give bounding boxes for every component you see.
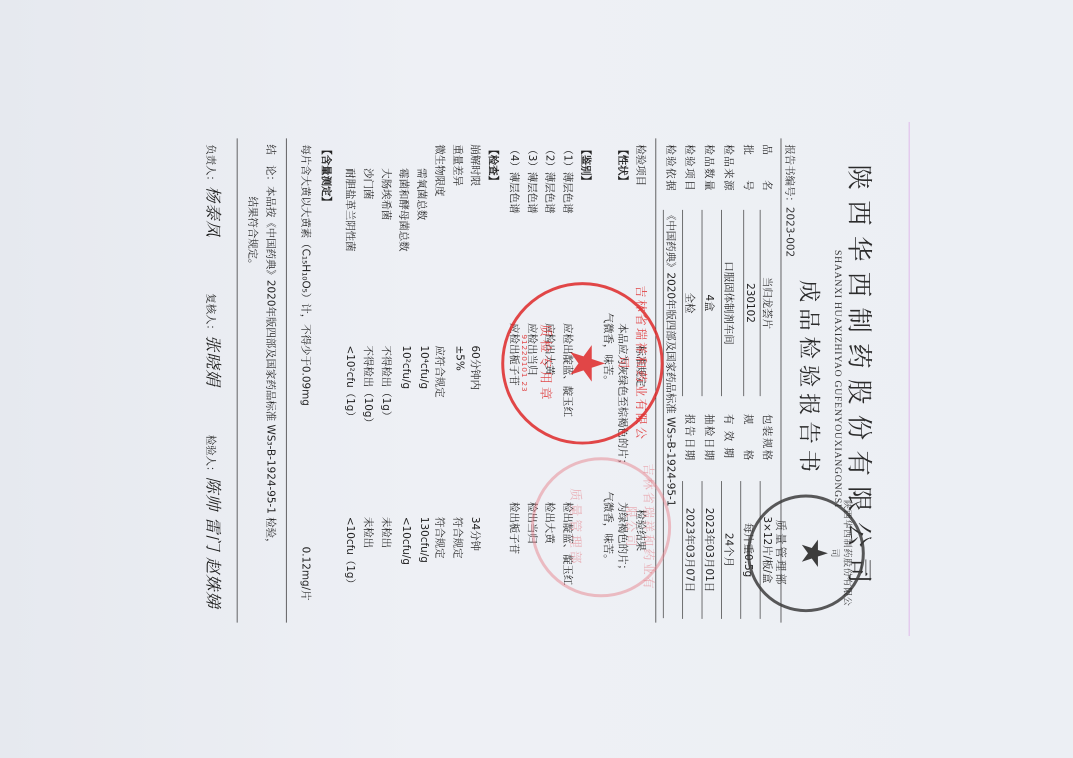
gray-stamp-star-icon: ★ (796, 497, 832, 609)
inspection-standard: 应符合规定 (432, 345, 447, 397)
info-row-quantity: 检品数量 4盒 抽检日期 2023年03月01日 (699, 138, 717, 622)
inspection-standard: 不得检出（1g） (379, 345, 394, 421)
inspection-result: 未检出 (379, 517, 394, 548)
conclusion-label: 结 论： (264, 144, 276, 186)
identification-item: （3）薄层色谱 (525, 144, 540, 213)
faint-stamp-ring-text: 吉林省瑞祥和药业有限公司 (623, 460, 657, 594)
basis-value: 《中国药典》2020年版四部及国家药品标准 WS₃-B-1924-95-1 (662, 210, 678, 618)
inspection-report-page: 陕西华西制药股份有限公司 SHAANXI HUAXIZHIYAO GUFENYO… (164, 122, 909, 636)
inspection-standard: 10²cfu/g (399, 345, 411, 389)
source-label: 检品来源 (721, 144, 736, 207)
section-character: 【性状】 (615, 144, 630, 186)
gray-stamp-bottom-text: 质量管理部 (773, 497, 789, 609)
inspection-item: 霉菌和酵母菌总数 (396, 168, 411, 251)
batch-label: 批 号 (741, 144, 756, 207)
reviewer-signature: 张晓娟 (203, 335, 222, 386)
inspection-item: 微生物限度 (432, 144, 447, 196)
section-identification: 【鉴别】 (578, 144, 593, 186)
inspection-item: 耐胆盐革兰阴性菌 (343, 168, 358, 251)
identification-item: （1）薄层色谱 (560, 144, 575, 213)
inspection-item: 需氧菌总数 (414, 168, 429, 220)
items-label: 检验项目 (683, 144, 698, 207)
conclusion-text-2: 结果符合规定。 (243, 144, 261, 548)
identification-item: （2）薄层色谱 (542, 144, 557, 213)
inspector-label: 检验人： (204, 435, 216, 477)
inspection-item: 沙门菌 (361, 168, 376, 199)
gray-company-stamp: 陕西华西制药股份有限公司 ★ 质量管理部 (747, 494, 865, 612)
package-label: 包装规格 (760, 414, 775, 481)
inspection-result: 34分钟 (468, 517, 483, 551)
inspection-standard: 不得检出（10g） (361, 345, 376, 427)
product-name-value: 当归龙荟片 (759, 210, 775, 396)
faint-red-stamp: 吉林省瑞祥和药业有限公司 质量管理部 (531, 457, 671, 597)
identification-result: 检出栀子苷 (507, 502, 522, 554)
inspection-result: <10cfu/g (399, 517, 411, 565)
section-assay: 【含量测定】 (319, 144, 334, 207)
report-date-label: 报告日期 (683, 414, 698, 481)
inspector: 检验人：陈帅 雷门 赵姝娣 (202, 435, 225, 609)
report-number-value: 2023-002 (783, 207, 795, 257)
sampling-date-label: 抽检日期 (702, 414, 717, 481)
spec-label: 规 格 (741, 414, 756, 481)
faint-stamp-bottom-text: 质量管理部 (567, 460, 586, 594)
validity-value: 24个月 (721, 481, 737, 619)
stamp-code: 91220101 23 (519, 285, 527, 441)
inspection-result: <10cfu（1g） (343, 517, 358, 589)
inspection-standard: 60分钟内 (468, 345, 483, 390)
info-row-source: 检品来源 口服固体制剂车间 有 效 期 24个月 (718, 138, 736, 622)
conclusion-text-1: 本品按《中国药典》2020年版四部及国家药品标准 WS₃-B-1924-95-1… (264, 186, 276, 548)
scan-artifact-line (908, 122, 909, 636)
assay-standard: 每片含大黄以大黄素（C₁₅H₁₀O₅）计，不得少于0.09mg (298, 144, 313, 406)
signature-rule (236, 138, 237, 622)
conclusion: 结 论：本品按《中国药典》2020年版四部及国家药品标准 WS₃-B-1924-… (243, 144, 279, 548)
inspection-result: 符合规定 (432, 517, 447, 559)
basis-label: 检验依据 (663, 144, 678, 207)
report-number-label: 报告书编号： (783, 144, 795, 207)
responsible-person: 负责人：杨泰凤 (202, 144, 225, 237)
assay-result: 0.12mg/片 (298, 547, 313, 601)
info-row-items: 检验项目 全检 报告日期 2023年03月07日 (680, 138, 698, 622)
inspection-item: 大肠埃希菌 (379, 168, 394, 220)
inspection-result: 符合规定 (450, 517, 465, 559)
report-number: 报告书编号：2023-002 (782, 144, 797, 257)
col-header-item: 检验项目 (633, 144, 648, 186)
reviewer: 复核人：张晓娟 (202, 293, 225, 386)
product-name-label: 品 名 (760, 144, 775, 207)
inspection-result: 未检出 (361, 517, 376, 548)
items-value: 全检 (682, 210, 698, 396)
report-date-value: 2023年03月07日 (682, 481, 698, 619)
inspection-result: 130cfu/g (417, 517, 429, 563)
responsible-signature: 杨泰凤 (203, 186, 222, 237)
inspection-standard: 10⁴cfu/g (417, 345, 429, 389)
section-inspection: 【检查】 (486, 144, 501, 186)
inspection-standard: ±5% (453, 345, 465, 370)
table-bottom-rule (285, 138, 286, 622)
red-quality-stamp: 吉林省瑞祥和药业有限公司 ★ 质检专用章 91220101 23 (501, 282, 663, 444)
batch-value: 230102 (743, 210, 756, 396)
identification-item: （4）薄层色谱 (507, 144, 522, 213)
validity-label: 有 效 期 (721, 414, 736, 481)
quantity-value: 4盒 (701, 210, 717, 396)
responsible-label: 负责人： (204, 144, 216, 186)
stamp-ring-text: 吉林省瑞祥和药业有限公司 (615, 285, 649, 441)
stamp-bottom-text: 质检专用章 (537, 285, 556, 441)
source-value: 口服固体制剂车间 (721, 210, 737, 396)
reviewer-label: 复核人： (204, 293, 216, 335)
sampling-date-value: 2023年03月01日 (701, 481, 717, 619)
inspector-signatures: 陈帅 雷门 赵姝娣 (203, 477, 222, 609)
inspection-standard: <10²cfu（1g） (343, 345, 358, 421)
quantity-label: 检品数量 (702, 144, 717, 207)
stamp-star-icon: ★ (562, 285, 610, 441)
inspection-item: 崩解时限 (468, 144, 483, 186)
inspection-item: 重量差异 (450, 144, 465, 186)
